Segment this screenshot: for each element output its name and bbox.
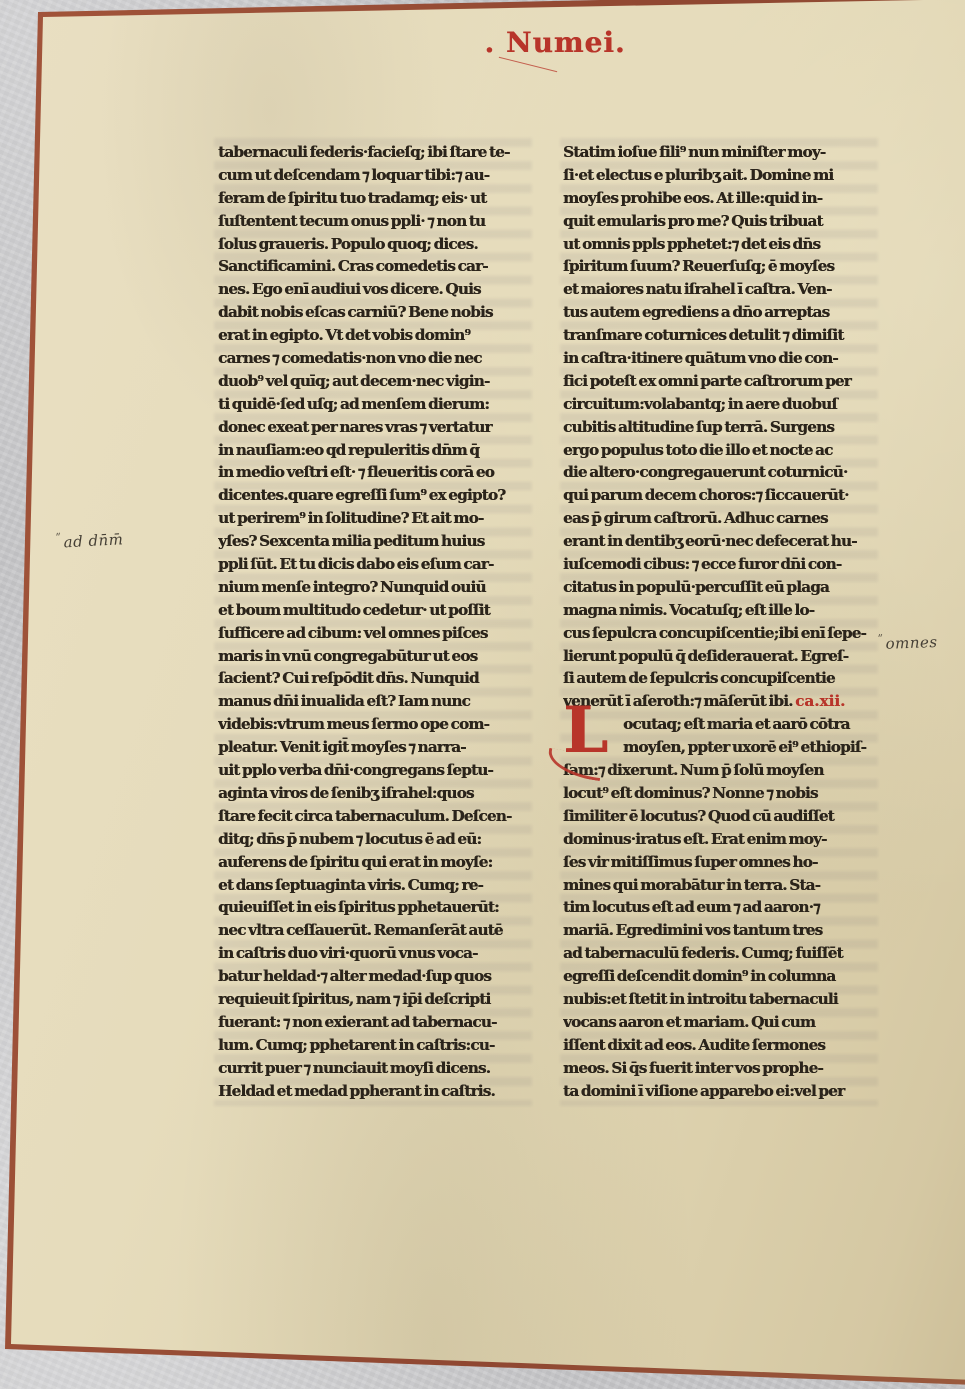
text-line: nubis:et ſtetit in introitu tabernaculi xyxy=(563,988,879,1011)
text-line: ſacient? Cui reſpōdit dn̄s. Nunquid xyxy=(218,667,534,690)
text-line: locut⁹ eſt dominus? Nonne ⁊ nobis xyxy=(563,782,879,805)
text-line: egreſſi deſcendit domin⁹ in columna xyxy=(563,965,879,988)
text-line: currit puer ⁊ nunciauit moyſi dicens. xyxy=(218,1057,534,1080)
text-line: ſi·et electus e pluribʒ ait. Domine mi xyxy=(563,164,879,187)
chapter-numeral: ca.xii. xyxy=(795,692,845,710)
text-line: Statim ioſue fili⁹ nun miniſter moy- xyxy=(563,141,879,164)
text-line: Sanctificamini. Cras comedetis car- xyxy=(218,255,534,278)
text-line: dominus·iratus eſt. Erat enim moy- xyxy=(563,828,879,851)
text-line: dabit nobis eſcas carniū? Bene nobis xyxy=(218,301,534,324)
text-line: in medio veſtri eſt· ⁊ fleueritis corā e… xyxy=(218,461,534,484)
text-line: fuerant: ⁊ non exierant ad tabernacu- xyxy=(218,1011,534,1034)
text-line: mariā. Egredimini vos tantum tres xyxy=(563,919,879,942)
chapter-initial-letter: L xyxy=(563,700,621,768)
text-line: yſes? Sexcenta milia peditum huius xyxy=(218,530,534,553)
text-line: videbis:vtrum meus ſermo ope com- xyxy=(218,713,534,736)
text-line: nes. Ego enī audiui vos dicere. Quis xyxy=(218,278,534,301)
text-line: eas p̄ girum caſtrorū. Adhuc carnes xyxy=(563,507,879,530)
text-line: ta domini ī viſione apparebo ei:vel per xyxy=(563,1080,879,1103)
text-line: tus autem egrediens a dn̄o arreptas xyxy=(563,301,879,324)
insertion-mark: ʺ xyxy=(878,633,884,646)
text-line: mines qui morabātur in terra. Sta- xyxy=(563,874,879,897)
text-line: ad tabernaculū federis. Cumq; fuiſſēt xyxy=(563,942,879,965)
text-line: ditq; dn̄s p̄ nubem ⁊ locutus ē ad eū: xyxy=(218,828,534,851)
text-line: ſuſtentent tecum onus ppli· ⁊ non tu xyxy=(218,210,534,233)
text-line: cus ſepulcra concupiſcentie;ibi enī ſepe… xyxy=(563,622,879,645)
text-line: manus dn̄i inualida eſt? Iam nunc xyxy=(218,690,534,713)
text-line: batur heldad·⁊ alter medad·ſup quos xyxy=(218,965,534,988)
text-line: moyſes prohibe eos. At ille:quid in- xyxy=(563,187,879,210)
text-line: requieuit ſpiritus, nam ⁊ ip̄i deſcripti xyxy=(218,988,534,1011)
text-line: ppli ſūt. Et tu dicis dabo eis eſum car- xyxy=(218,553,534,576)
text-line: cum ut deſcendam ⁊ loquar tibi:⁊ au- xyxy=(218,164,534,187)
margin-note-ad-dnm: ʺad dn̄m̄ xyxy=(56,528,124,551)
text-line: ſufficere ad cibum: vel omnes piſces xyxy=(218,622,534,645)
text-column-left: tabernaculi federis·facieſq; ibi ſtare t… xyxy=(218,141,534,1107)
text-column-right: Statim ioſue fili⁹ nun miniſter moy-ſi·e… xyxy=(563,141,879,1107)
text-line: pleatur. Venit igit̄ moyſes ⁊ narra- xyxy=(218,736,534,759)
text-line: cubitis altitudine ſup terrā. Surgens xyxy=(563,416,879,439)
text-line: erant in dentibʒ eorū·nec defecerat hu- xyxy=(563,530,879,553)
text-line: meos. Si q̄s fuerit inter vos prophe- xyxy=(563,1057,879,1080)
text-line: et dans ſeptuaginta viris. Cumq; re- xyxy=(218,874,534,897)
text-line: in caſtris duo viri·quorū vnus voca- xyxy=(218,942,534,965)
photo-backdrop: { "colors":{"ink":"#2b241b","rubric":"#b… xyxy=(0,0,965,1389)
text-line: tabernaculi federis·facieſq; ibi ſtare t… xyxy=(218,141,534,164)
text-line: feram de ſpiritu tuo tradamq; eis· ut xyxy=(218,187,534,210)
text-line: lierunt populū q̄ deſiderauerat. Egreſ- xyxy=(563,645,879,668)
text-line: lum. Cumq; pphetarent in caſtris:cu- xyxy=(218,1034,534,1057)
text-line: nec vltra ceſſauerūt. Remanſerāt autē xyxy=(218,919,534,942)
insertion-mark: ʺ xyxy=(56,531,62,544)
text-line: duob⁹ vel quīq; aut decem·nec vigin- xyxy=(218,370,534,393)
text-line: ſpiritum ſuum? Reuerſuſq; ē moyſes xyxy=(563,255,879,278)
text-line: vocans aaron et mariam. Qui cum xyxy=(563,1011,879,1034)
text-line: circuitum:volabantq; in aere duobuſ xyxy=(563,393,879,416)
margin-note-text: omnes xyxy=(885,633,938,653)
text-line: donec exeat per nares vras ⁊ vertatur xyxy=(218,416,534,439)
text-line: maris in vnū congregabūtur ut eos xyxy=(218,645,534,668)
text-line: iuſcemodi cibus: ⁊ ecce furor dn̄i con- xyxy=(563,553,879,576)
text-line: ut perirem⁹ in ſolitudine? Et ait mo- xyxy=(218,507,534,530)
text-line: quit emularis pro me? Quis tribuat xyxy=(563,210,879,233)
margin-note-omnes: ʺomnes xyxy=(878,631,938,653)
text-line: ti quidē·ſed uſq; ad menſem dierum: xyxy=(218,393,534,416)
text-line: aginta viros de ſenibʒ iſrahel:quos xyxy=(218,782,534,805)
text-line: tim locutus eſt ad eum ⁊ ad aaron·⁊ xyxy=(563,896,879,919)
text-line: uit pplo verba dn̄i·congregans ſeptu- xyxy=(218,759,534,782)
text-line: tranſmare coturnices detulit ⁊ dimiſit xyxy=(563,324,879,347)
text-line: ſes vir mitiſſimus ſuper omnes ho- xyxy=(563,851,879,874)
text-line: erat in egipto. Vt det vobis domin⁹ xyxy=(218,324,534,347)
text-line: iſſent dixit ad eos. Audite ſermones xyxy=(563,1034,879,1057)
text-line: ſi autem de ſepulcris concupiſcentie xyxy=(563,667,879,690)
margin-note-text: ad dn̄m̄ xyxy=(63,530,124,551)
running-title: . Numei. xyxy=(455,26,655,59)
text-line: ergo populus toto die illo et nocte ac xyxy=(563,439,879,462)
text-line: citatus in populū·percuſſit eū plaga xyxy=(563,576,879,599)
text-line: ſolus graueris. Populo quoq; dices. xyxy=(218,233,534,256)
text-line: nium menſe integro? Nunquid ouiū xyxy=(218,576,534,599)
text-line: ſimiliter ē locutus? Quod cū audiſſet xyxy=(563,805,879,828)
text-line: die altero·congregauerunt coturnicū· xyxy=(563,461,879,484)
text-line: Heldad et medad ppherant in caſtris. xyxy=(218,1080,534,1103)
text-line: et maiores natu iſrahel ī caſtra. Ven- xyxy=(563,278,879,301)
text-line: fici poteſt ex omni parte caſtrorum per xyxy=(563,370,879,393)
text-line: quieuiſſet in eis ſpiritus pphetauerūt: xyxy=(218,896,534,919)
text-line: carnes ⁊ comedatis·non vno die nec xyxy=(218,347,534,370)
text-line: in caſtra·itinere quātum vno die con- xyxy=(563,347,879,370)
text-line: magna nimis. Vocatuſq; eſt ille lo- xyxy=(563,599,879,622)
text-line: dicentes.quare egreſſi ſum⁹ ex egipto? xyxy=(218,484,534,507)
text-line: ut omnis ppls pphetet:⁊ det eis dn̄s xyxy=(563,233,879,256)
text-line: qui parum decem choros:⁊ ſiccauerūt· xyxy=(563,484,879,507)
text-line: et boum multitudo cedetur· ut poſſit xyxy=(218,599,534,622)
text-line: auferens de ſpiritu qui erat in moyſe: xyxy=(218,851,534,874)
text-line: ſtare fecit circa tabernaculum. Deſcen- xyxy=(218,805,534,828)
text-line: in nauſiam:eo qd repuleritis dn̄m q̄ xyxy=(218,439,534,462)
